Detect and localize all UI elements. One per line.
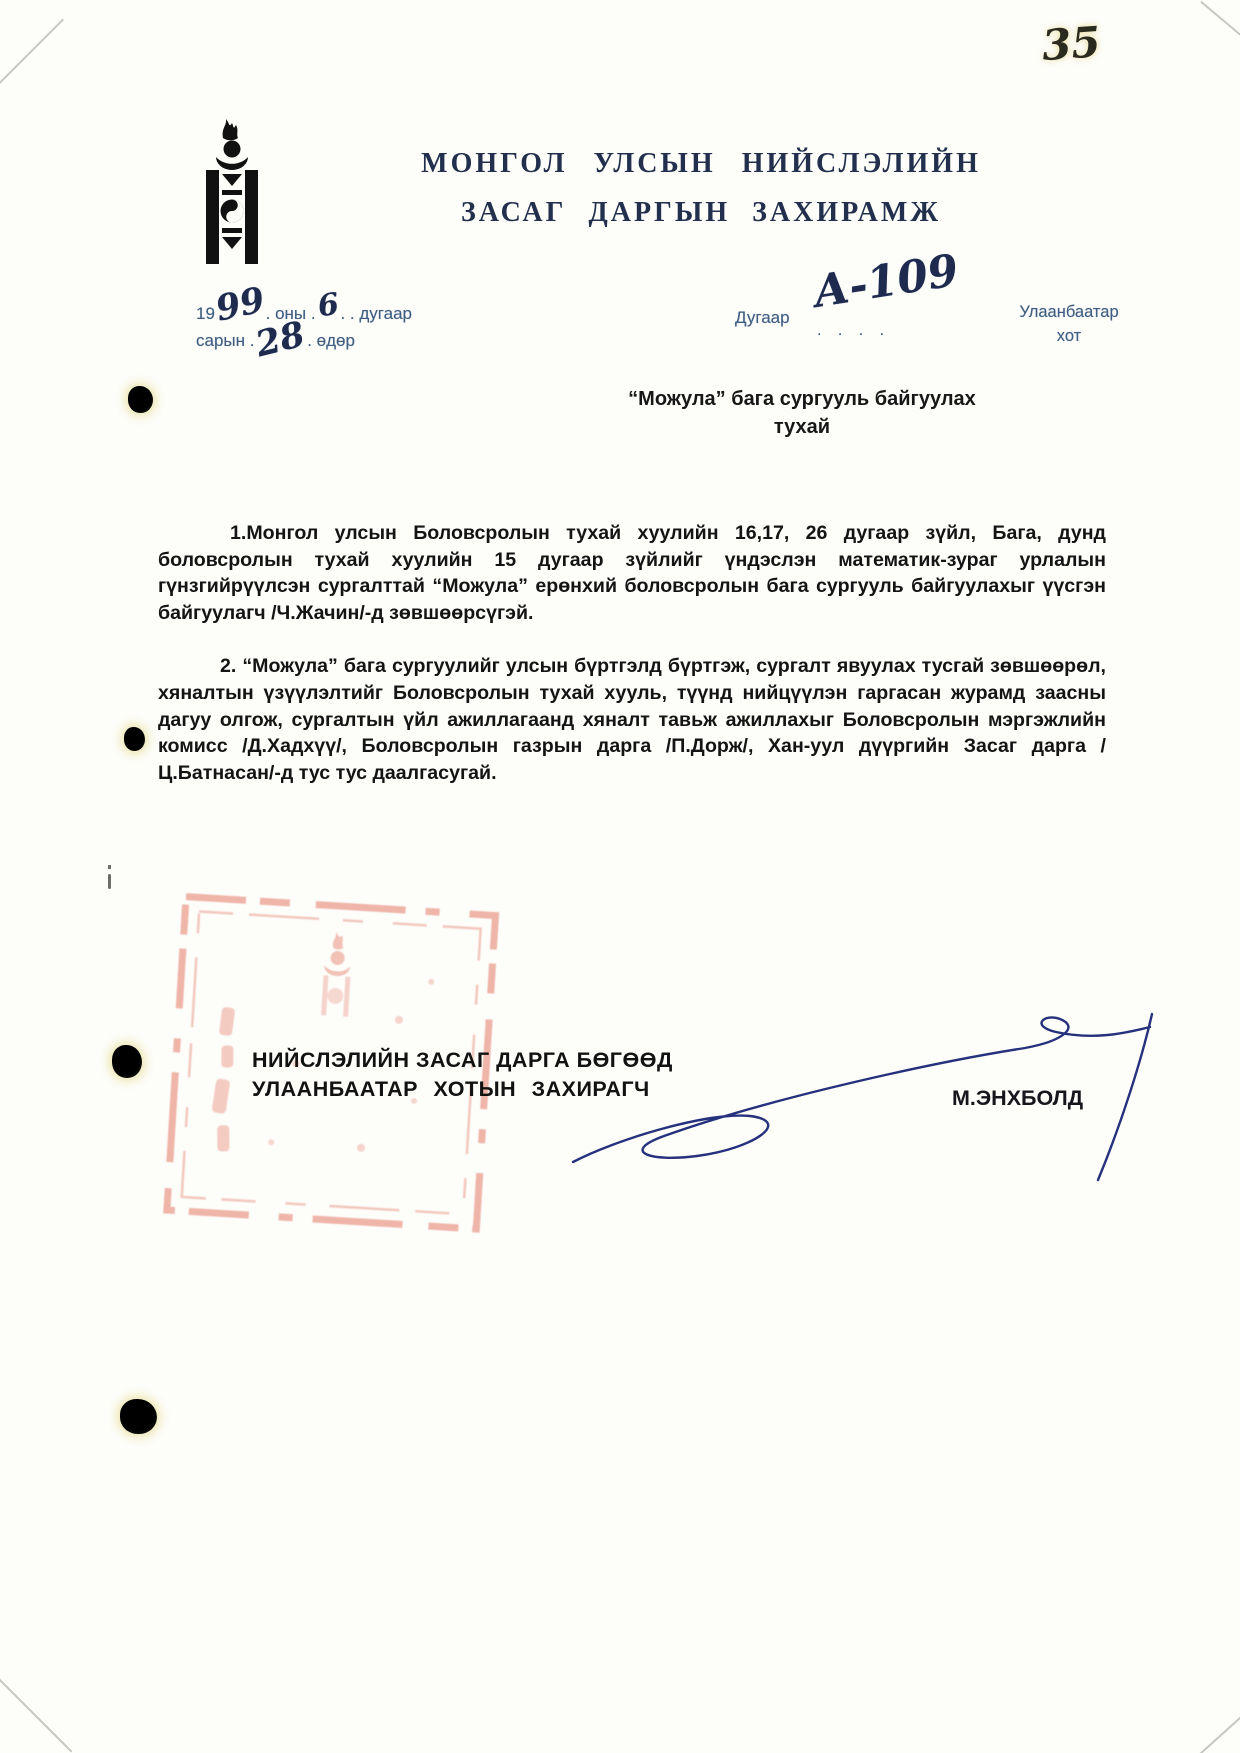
date-printed-saryn: сарын .	[196, 331, 254, 350]
document-title: МОНГОЛ УЛСЫН НИЙСЛЭЛИЙН ЗАСАГ ДАРГЫН ЗАХ…	[408, 148, 994, 229]
number-label: Дугаар	[735, 308, 790, 327]
date-printed-19: 19	[196, 304, 215, 323]
number-dotted-line: . . . .	[817, 322, 890, 340]
document-title-line1: МОНГОЛ УЛСЫН НИЙСЛЭЛИЙН	[408, 148, 994, 180]
paragraph-2: 2. “Можула” бага сургуулийг улсын бүртгэ…	[158, 653, 1106, 786]
subject-line1: “Можула” бага сургууль байгуулах	[600, 385, 1004, 413]
handwritten-month: 6	[318, 305, 339, 308]
date-printed-dugaar: . . дугаар	[340, 304, 412, 323]
ink-signature	[540, 1000, 1180, 1200]
soyombo-emblem-icon	[193, 116, 271, 268]
handwritten-page-number: 35	[1040, 15, 1133, 70]
subject-line2: тухай	[600, 413, 1004, 441]
punch-mark	[120, 1399, 157, 1434]
decree-body: 1.Монгол улсын Боловсролын тухай хуулийн…	[158, 520, 1106, 813]
document-title-line2: ЗАСАГ ДАРГЫН ЗАХИРАМЖ	[408, 197, 994, 229]
scan-corner-line	[0, 1673, 72, 1752]
scan-ink-speck	[108, 874, 111, 889]
paragraph-1: 1.Монгол улсын Боловсролын тухай хуулийн…	[158, 520, 1106, 626]
scan-corner-line	[1201, 1, 1240, 41]
date-line2: сарын .28. өдөр	[196, 327, 496, 354]
handwritten-year: 99	[216, 300, 264, 310]
punch-mark	[112, 1045, 142, 1078]
punch-mark	[128, 386, 153, 413]
scanned-decree-page: 35 МОНГОЛ УЛСЫН НИЙСЛЭЛИЙН ЗАСАГ Д	[0, 0, 1240, 1753]
scan-corner-line	[1194, 1710, 1240, 1753]
punch-mark	[124, 727, 145, 751]
city-line2: хот	[1010, 324, 1128, 348]
handwritten-decree-number: А-109	[814, 271, 958, 294]
date-block: 1999. оны .6. . дугаар сарын .28. өдөр	[196, 300, 496, 354]
decree-number-block: Дугаар . . . . А-109	[735, 308, 995, 328]
city-line1: Улаанбаатар	[1010, 300, 1128, 324]
stamp-soyombo-icon	[321, 931, 353, 1016]
date-line1: 1999. оны .6. . дугаар	[196, 300, 496, 327]
date-printed-odor: . өдөр	[307, 331, 355, 350]
scan-corner-line	[0, 19, 64, 87]
handwritten-day: 28	[257, 334, 304, 346]
city-block: Улаанбаатар хот	[1010, 300, 1128, 348]
decree-subject: “Можула” бага сургууль байгуулах тухай	[600, 385, 1004, 441]
